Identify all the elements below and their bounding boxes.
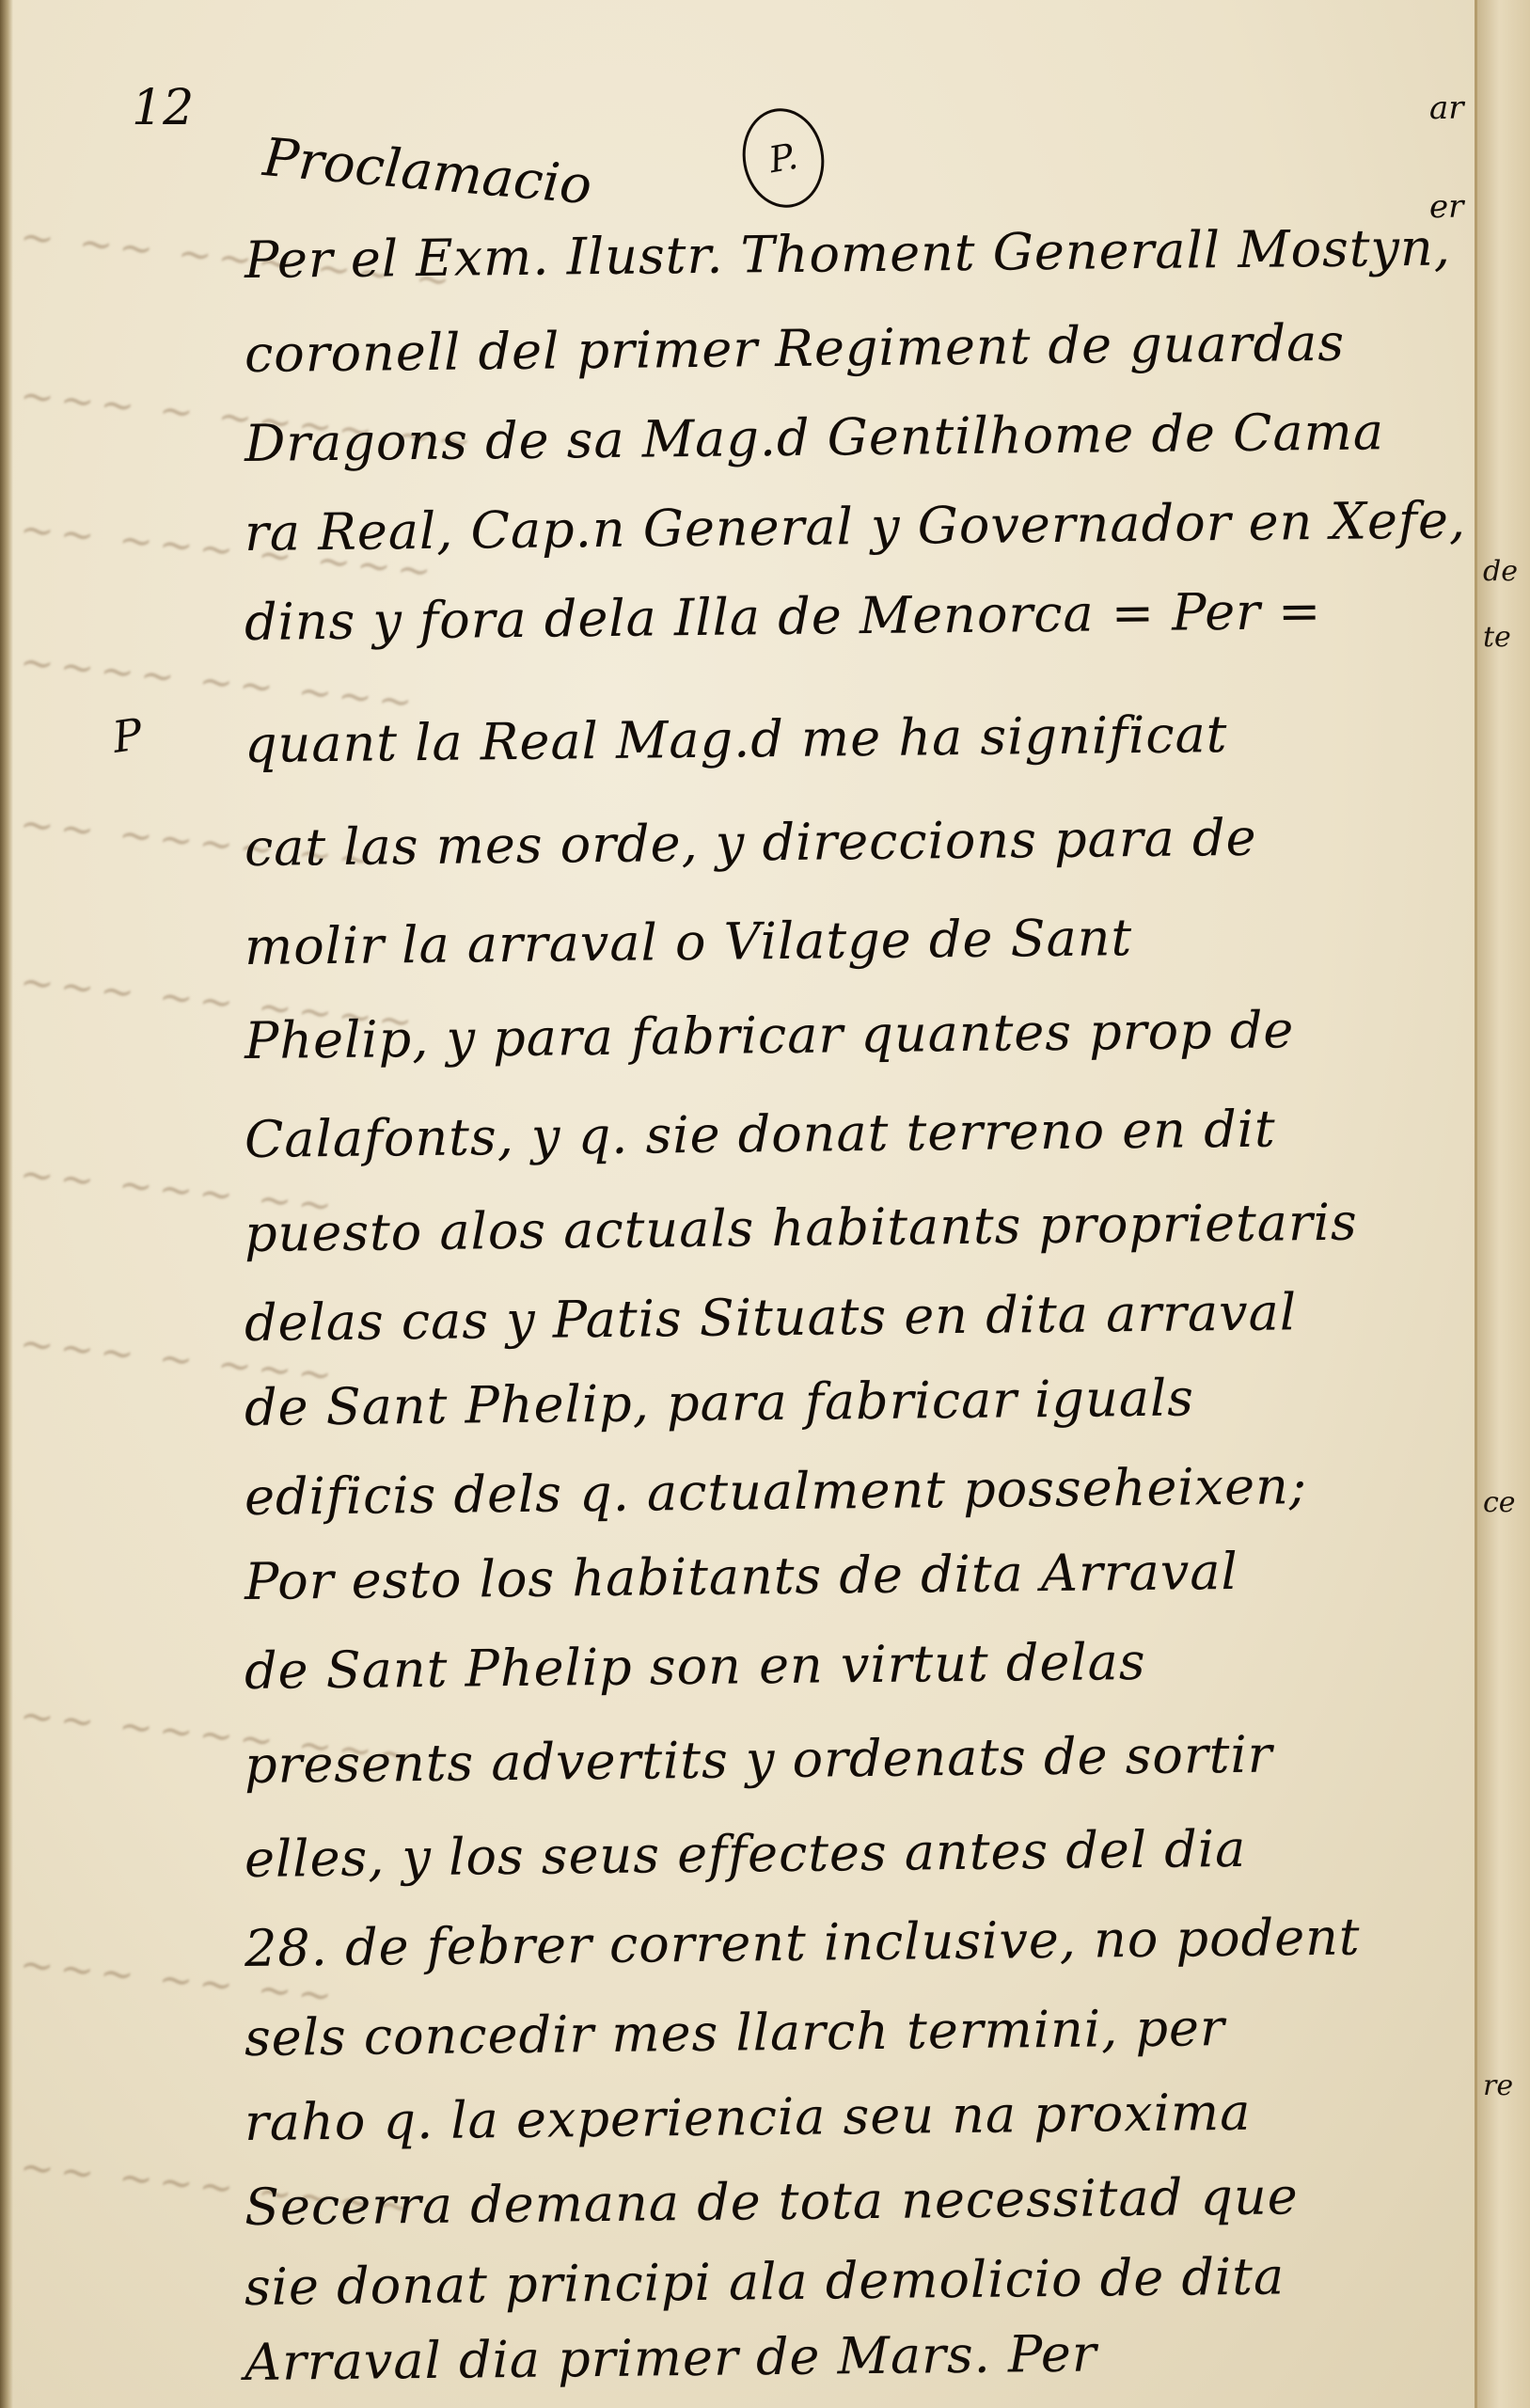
text-line: de Sant Phelip son en virtut delas [244,1628,1459,1701]
text-line: Por esto los habitants de dita Arraval [244,1539,1459,1611]
adjacent-page-fragment: ce [1483,1486,1516,1519]
adjacent-page-fragment: te [1483,621,1511,654]
text-line: raho q. la experiencia seu na proxima [244,2080,1459,2152]
text-line: sie donat principi ala demolicio de dita [244,2244,1459,2317]
text-line: de Sant Phelip, para fabricar iguals [244,1365,1459,1437]
text-line: quant la Real Mag.d me ha significat [244,702,1459,774]
text-line: molir la arraval o Vilatge de Sant [244,904,1459,976]
right-margin-fragment: ar [1429,89,1464,127]
text-line: edificis dels q. actualment posseheixen; [244,1454,1459,1527]
text-line: elles, y los seus effectes antes del dia [244,1816,1459,1889]
adjacent-page-fragment: re [1483,2069,1513,2102]
text-line: Secerra demana de tota necessitad que [244,2164,1459,2237]
text-line: Dragons de sa Mag.d Gentilhome de Cama [244,401,1459,473]
text-line: Per el Exm. Ilustr. Thoment Generall Mos… [244,217,1459,290]
document-title: Proclamacio [260,127,594,216]
binding-edge [0,0,13,2408]
adjacent-page-fragment: de [1483,555,1518,588]
text-line: dins y fora dela Illa de Menorca = Per = [244,579,1459,652]
circled-initial-mark: P. [734,102,831,214]
text-line: delas cas y Patis Situats en dita arrava… [244,1280,1459,1353]
text-line: presents advertits y ordenats de sortir [244,1722,1459,1795]
text-line: sels concedir mes llarch termini, per [244,1995,1459,2067]
text-line: cat las mes orde, y direccions para de [244,805,1459,878]
manuscript-page: ~ ~~ ~~~ ~~ ~ ~~~ ~ ~~~~ ~~ ~~ ~~~ ~ ~~~… [0,0,1530,2408]
text-line: coronell del primer Regiment de guardas [244,311,1459,384]
text-line: Phelip, y para fabricar quantes prop de [244,998,1459,1070]
text-line: 28. de febrer corrent inclusive, no pode… [244,1906,1459,1978]
text-line: puesto alos actuals habitants proprietar… [244,1191,1459,1263]
left-margin-mark: P [109,708,145,763]
adjacent-page-edge: de te ce re [1475,0,1530,2408]
text-line: Arraval dia primer de Mars. Per [244,2320,1459,2392]
text-line: ra Real, Cap.n General y Governador en X… [244,490,1459,562]
page-number: 12 [132,80,194,136]
text-line: Calafonts, y q. sie donat terreno en dit [244,1097,1459,1169]
